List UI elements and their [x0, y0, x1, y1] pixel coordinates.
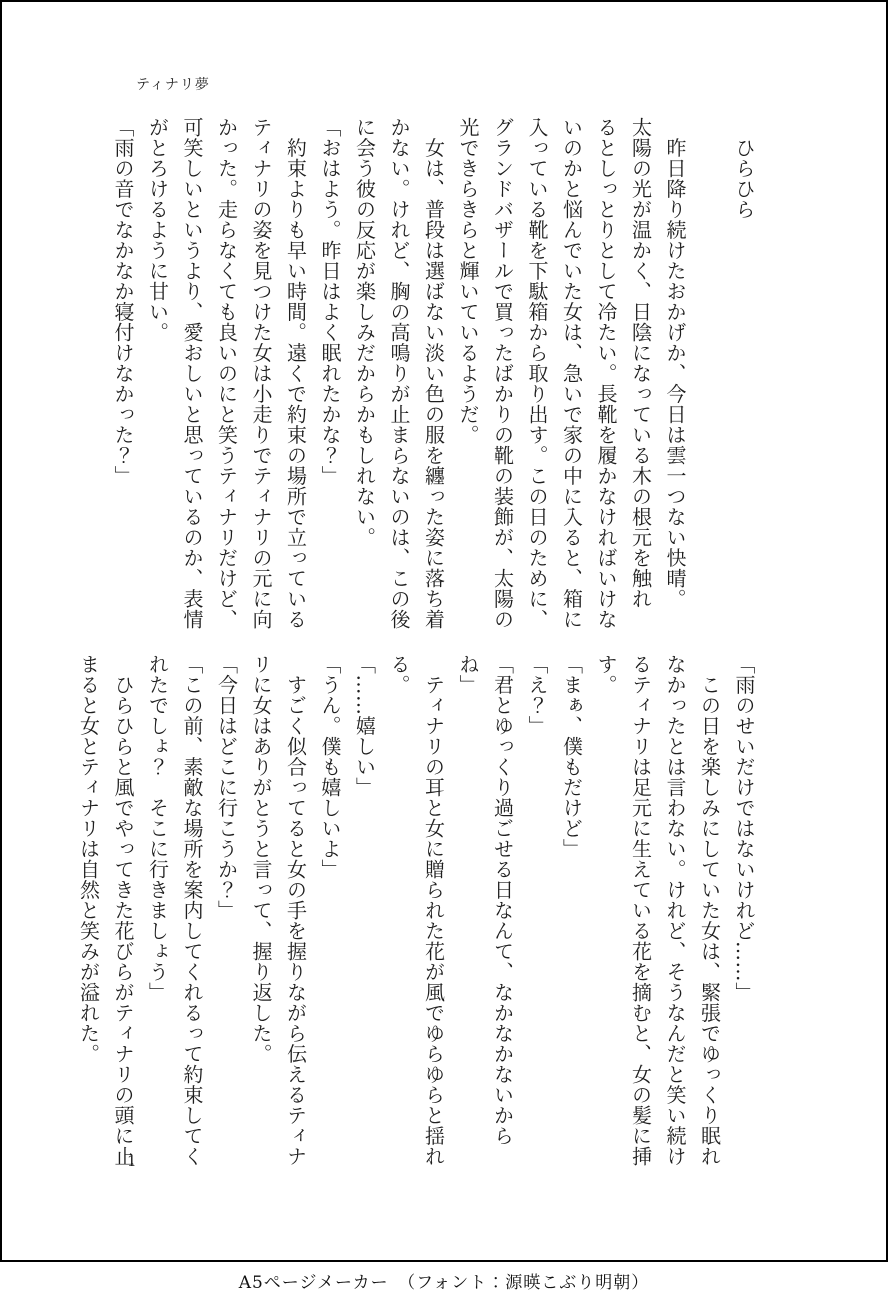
story-text-lower-block: 「雨のせいだけではないけれど……」 この日を楽しみにしていた女は、緊張でゆっくり… [71, 654, 761, 1178]
running-header: ティナリ夢 [136, 74, 210, 94]
footer-credit: A5ページメーカー （フォント：源暎こぶり明朝） [0, 1268, 888, 1293]
story-text-upper-block: ひらひら 昨日降り続けたおかげか、今日は雲一つない快晴。 太陽の光が温かく、日陰… [106, 117, 762, 641]
page-number: 1 [127, 1152, 137, 1170]
page-canvas: { "page": { "header": "ティナリ夢", "page_num… [0, 0, 888, 1300]
